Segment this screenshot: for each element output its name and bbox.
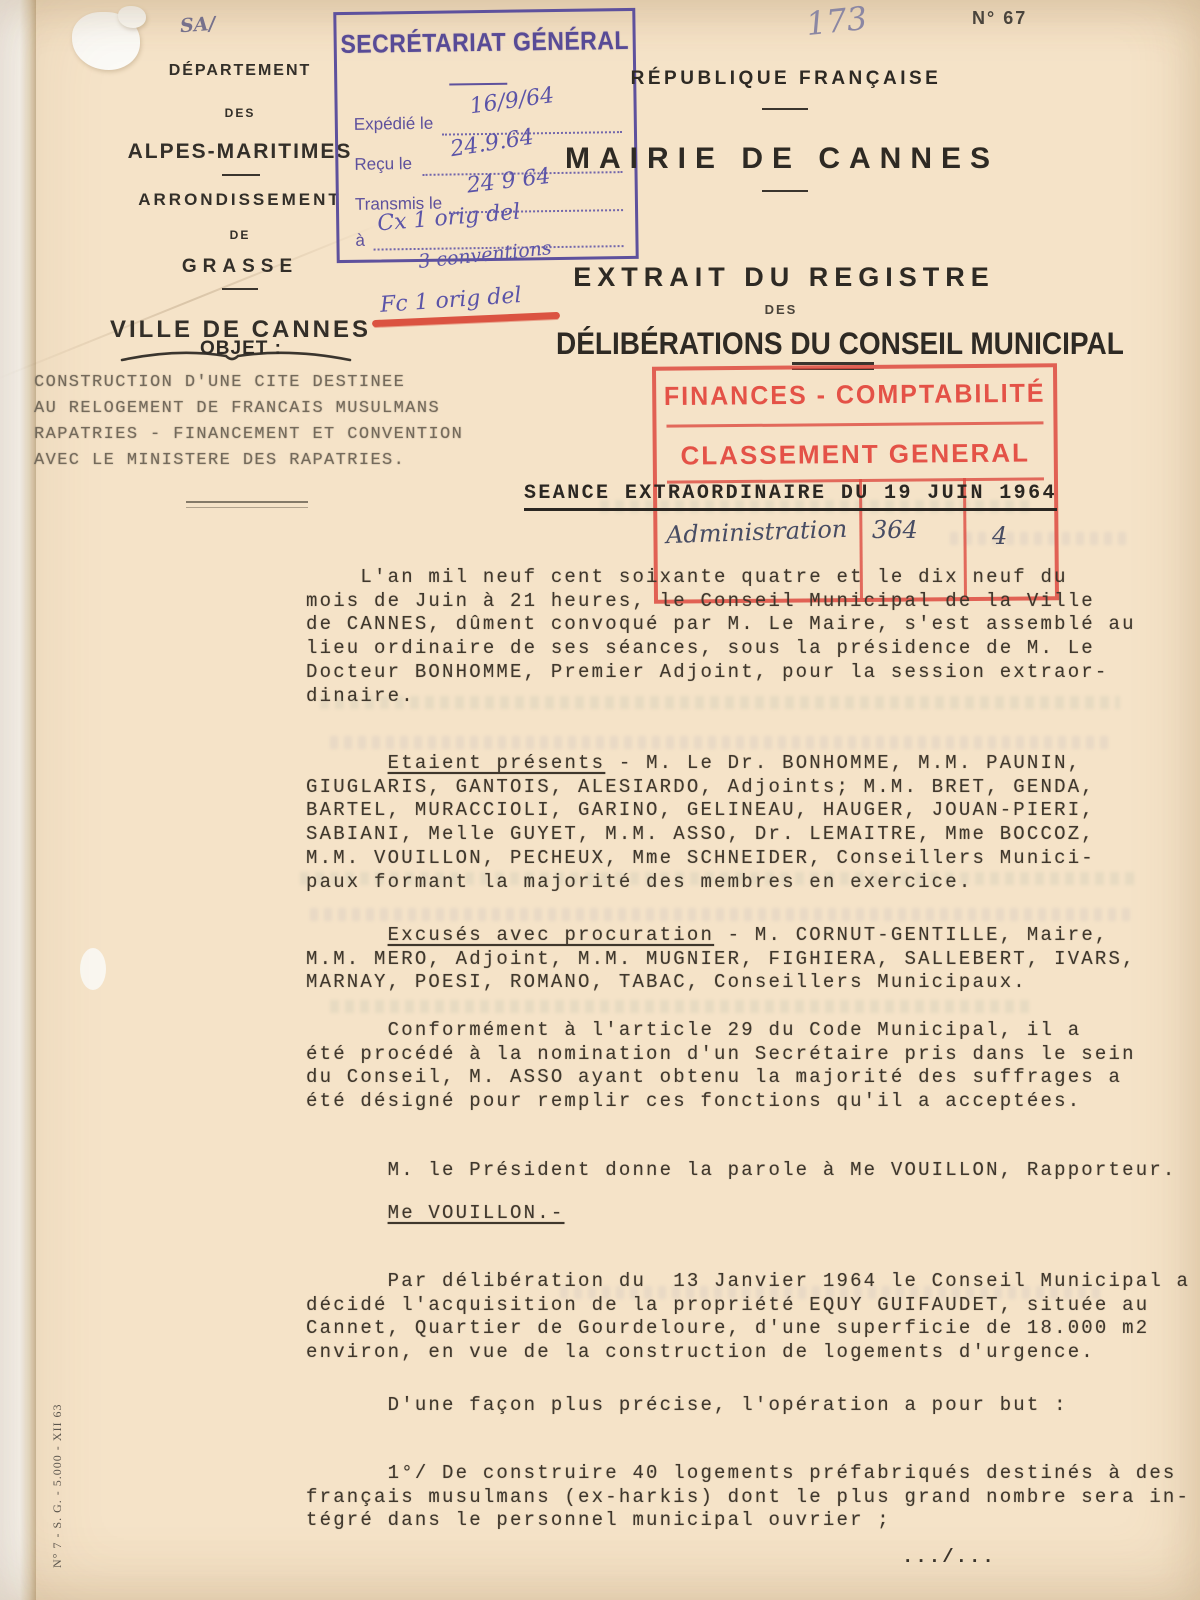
stamp-cell-364: 364 xyxy=(872,516,918,544)
bleed-through xyxy=(310,908,1130,921)
objet-text: CONSTRUCTION D'UNE CITE DESTINEE AU RELO… xyxy=(34,370,463,474)
stamp-divider xyxy=(666,421,1043,427)
bleed-through xyxy=(330,736,1110,749)
excuses-lead-rest: - M. CORNUT-GENTILLE, Maire, xyxy=(714,924,1108,946)
divider xyxy=(449,83,507,86)
secretariat-stamp: SECRÉTARIAT GÉNÉRAL Expédié le Reçu le T… xyxy=(333,8,638,263)
objet-divider xyxy=(186,501,308,508)
indent xyxy=(306,752,388,774)
present-lead: Etaient présents xyxy=(388,752,606,774)
page-number: N° 67 xyxy=(972,8,1027,29)
extrait-du-registre: EXTRAIT DU REGISTRE xyxy=(556,262,1012,293)
letterhead-grasse: GRASSE xyxy=(150,256,330,278)
rapporteur-heading-text: Me VOUILLON.- xyxy=(388,1202,565,1224)
republique-francaise: RÉPUBLIQUE FRANÇAISE xyxy=(612,68,960,90)
letterhead-des: DES xyxy=(150,106,330,120)
excuses-lead: Excusés avec procuration xyxy=(388,924,714,946)
stamp-cell-4: 4 xyxy=(992,522,1007,550)
classification-stamp-line2: CLASSEMENT GENERAL xyxy=(657,437,1054,471)
secretariat-stamp-title: SECRÉTARIAT GÉNÉRAL xyxy=(337,25,633,59)
body-paragraph-6: Par délibération du 13 Janvier 1964 le C… xyxy=(306,1270,1190,1365)
des-label: DES xyxy=(706,302,856,317)
body-paragraph-4: Conformément à l'article 29 du Code Muni… xyxy=(306,1019,1136,1114)
pencil-note-173: 173 xyxy=(804,0,869,43)
torn-patch xyxy=(118,6,146,28)
print-reference: N° 7 - S. G. - 5.000 - XII 63 xyxy=(50,1368,65,1568)
divider xyxy=(222,174,260,176)
letterhead-alpes-maritimes: ALPES-MARITIMES xyxy=(110,140,370,164)
bleed-through xyxy=(330,1000,1030,1013)
stamp-field-label: à xyxy=(355,231,365,251)
body-paragraph-5: M. le Président donne la parole à Me VOU… xyxy=(306,1159,1177,1183)
mairie-de-cannes: MAIRIE DE CANNES xyxy=(562,142,1002,176)
present-lead-rest: - M. Le Dr. BONHOMME, M.M. PAUNIN, xyxy=(605,752,1081,774)
indent xyxy=(306,924,388,946)
deliberations-title: DÉLIBÉRATIONS DU CONSEIL MUNICIPAL xyxy=(556,326,1102,362)
body-paragraph-1: L'an mil neuf cent soixante quatre et le… xyxy=(306,566,1136,708)
letterhead-arrondissement: ARRONDISSEMENT xyxy=(135,190,345,210)
divider xyxy=(762,190,808,192)
stamp-field-label: Reçu le xyxy=(354,154,412,175)
scan-edge-strip xyxy=(0,0,36,1600)
rapporteur-heading: Me VOUILLON.- xyxy=(306,1202,564,1226)
body-paragraph-8: 1°/ De construire 40 logements préfabriq… xyxy=(306,1462,1190,1533)
divider xyxy=(762,108,808,110)
objet-label: OBJET : xyxy=(200,338,282,360)
letterhead-departement: DÉPARTEMENT xyxy=(150,62,330,80)
present-list: GIUGLARIS, GANTOIS, ALESIARDO, Adjoints;… xyxy=(306,776,1095,893)
session-title: SEANCE EXTRAORDINAIRE DU 19 JUIN 1964 xyxy=(524,482,1057,511)
body-paragraph-3: Excusés avec procuration - M. CORNUT-GEN… xyxy=(306,924,1136,995)
classification-stamp-line1: FINANCES - COMPTABILITÉ xyxy=(656,379,1053,413)
letterhead-de: DE xyxy=(150,228,330,242)
scanned-document-page: SA/ 173 N° 67 DÉPARTEMENT DES ALPES-MARI… xyxy=(0,0,1200,1600)
divider xyxy=(222,288,258,290)
handwritten-note-fc: Fc 1 orig del xyxy=(379,283,522,318)
excuses-list: M.M. MERO, Adjoint, M.M. MUGNIER, FIGHIE… xyxy=(306,948,1136,994)
continuation-mark: .../... xyxy=(902,1546,996,1568)
paper-spot xyxy=(80,948,106,990)
indent xyxy=(306,1202,388,1224)
body-paragraph-7: D'une façon plus précise, l'opération a … xyxy=(306,1394,1068,1418)
pencil-note-sa: SA/ xyxy=(179,13,216,37)
body-paragraph-2: Etaient présents - M. Le Dr. BONHOMME, M… xyxy=(306,752,1095,894)
